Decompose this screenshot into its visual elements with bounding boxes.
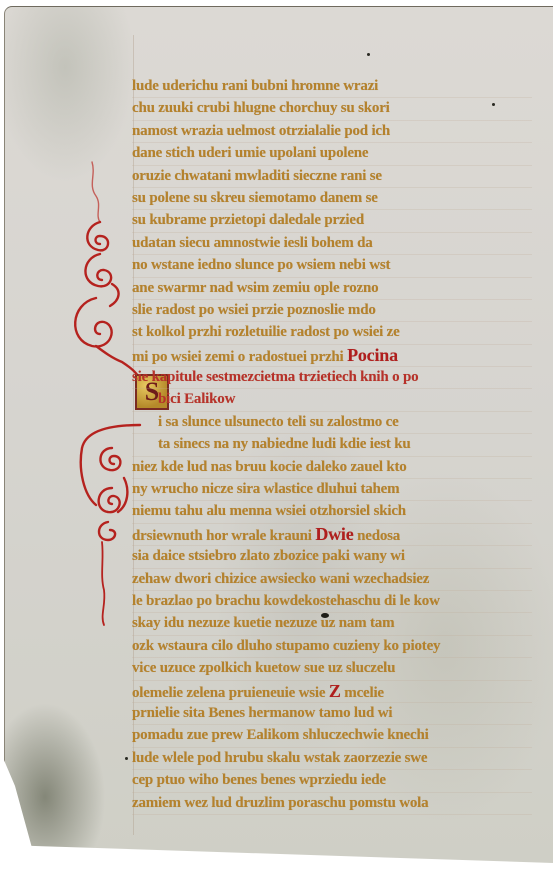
text-line: le brazlao po brachu kowdekostehaschu di… [132,591,532,613]
text-line: skay idu nezuze kuetie nezuze uz nam tam [132,613,532,635]
text-line: st kolkol przhi rozletuilie radost po ws… [132,322,532,344]
rubric-line: sie kapitule sestmezcietma trzietiech kn… [132,367,532,389]
text-line: zamiem wez lud druzlim poraschu pomstu w… [132,793,532,815]
text-line: i sa slunce ulsunecto teli su zalostmo c… [132,412,532,434]
rubric-line: bici Ealikow [132,389,532,411]
text-line: niez kde lud nas bruu kocie daleko zauel… [132,457,532,479]
ink-speck [125,757,128,760]
text-line: mi po wsiei zemi o radostuei przhi Pocin… [132,345,532,367]
text-line: ane swarmr nad wsim zemiu ople rozno [132,278,532,300]
text-line: cep ptuo wiho benes benes wprziedu iede [132,770,532,792]
text-line: sia daice stsiebro zlato zbozice paki wa… [132,546,532,568]
text-line: lude wlele pod hrubu skalu wstak zaorzez… [132,748,532,770]
text-line: namost wrazia uelmost otrzialalie pod ic… [132,121,532,143]
text-line: prnielie sita Benes hermanow tamo lud wi [132,703,532,725]
text-line: ozk wstaura cilo dluho stupamo cuzieny k… [132,636,532,658]
text-line: niemu tahu alu menna wsiei otzhorsiel sk… [132,501,532,523]
ink-speck [367,53,370,56]
text-line: lude uderichu rani bubni hromne wrazi [132,76,532,98]
text-line: su polene su skreu siemotamo danem se [132,188,532,210]
text-line: chu zuuki crubi hlugne chorchuy su skori [132,98,532,120]
rubric-capital: Dwie [315,524,353,544]
text-line: slie radost po wsiei przie poznoslie mdo [132,300,532,322]
text-line: ny wrucho nicze sira wlastice dluhui tah… [132,479,532,501]
text-line: udatan siecu amnostwie iesli bohem da [132,233,532,255]
rubric-capital: Z [329,681,341,701]
text-line: olemelie zelena pruieneuie wsie Z mcelie [132,681,532,703]
text-line: oruzie chwatani mwladiti sieczne rani se [132,166,532,188]
rubric-chapter-start: Pocina [347,345,398,365]
text-column: lude uderichu rani bubni hromne wrazi ch… [132,76,532,815]
text-line: no wstane iedno slunce po wsiem nebi wst [132,255,532,277]
text-line: vice uzuce zpolkich kuetow sue uz slucze… [132,658,532,680]
text-line: zehaw dwori chizice awsiecko wani wzecha… [132,569,532,591]
text-line: drsiewnuth hor wrale krauni Dwie nedosa [132,524,532,546]
text-line: pomadu zue prew Ealikom shluczechwie kne… [132,725,532,747]
text-line: dane stich uderi umie upolani upolene [132,143,532,165]
text-line: su kubrame przietopi daledale przied [132,210,532,232]
text-line: ta sinecs na ny nabiedne ludi kdie iest … [132,434,532,456]
